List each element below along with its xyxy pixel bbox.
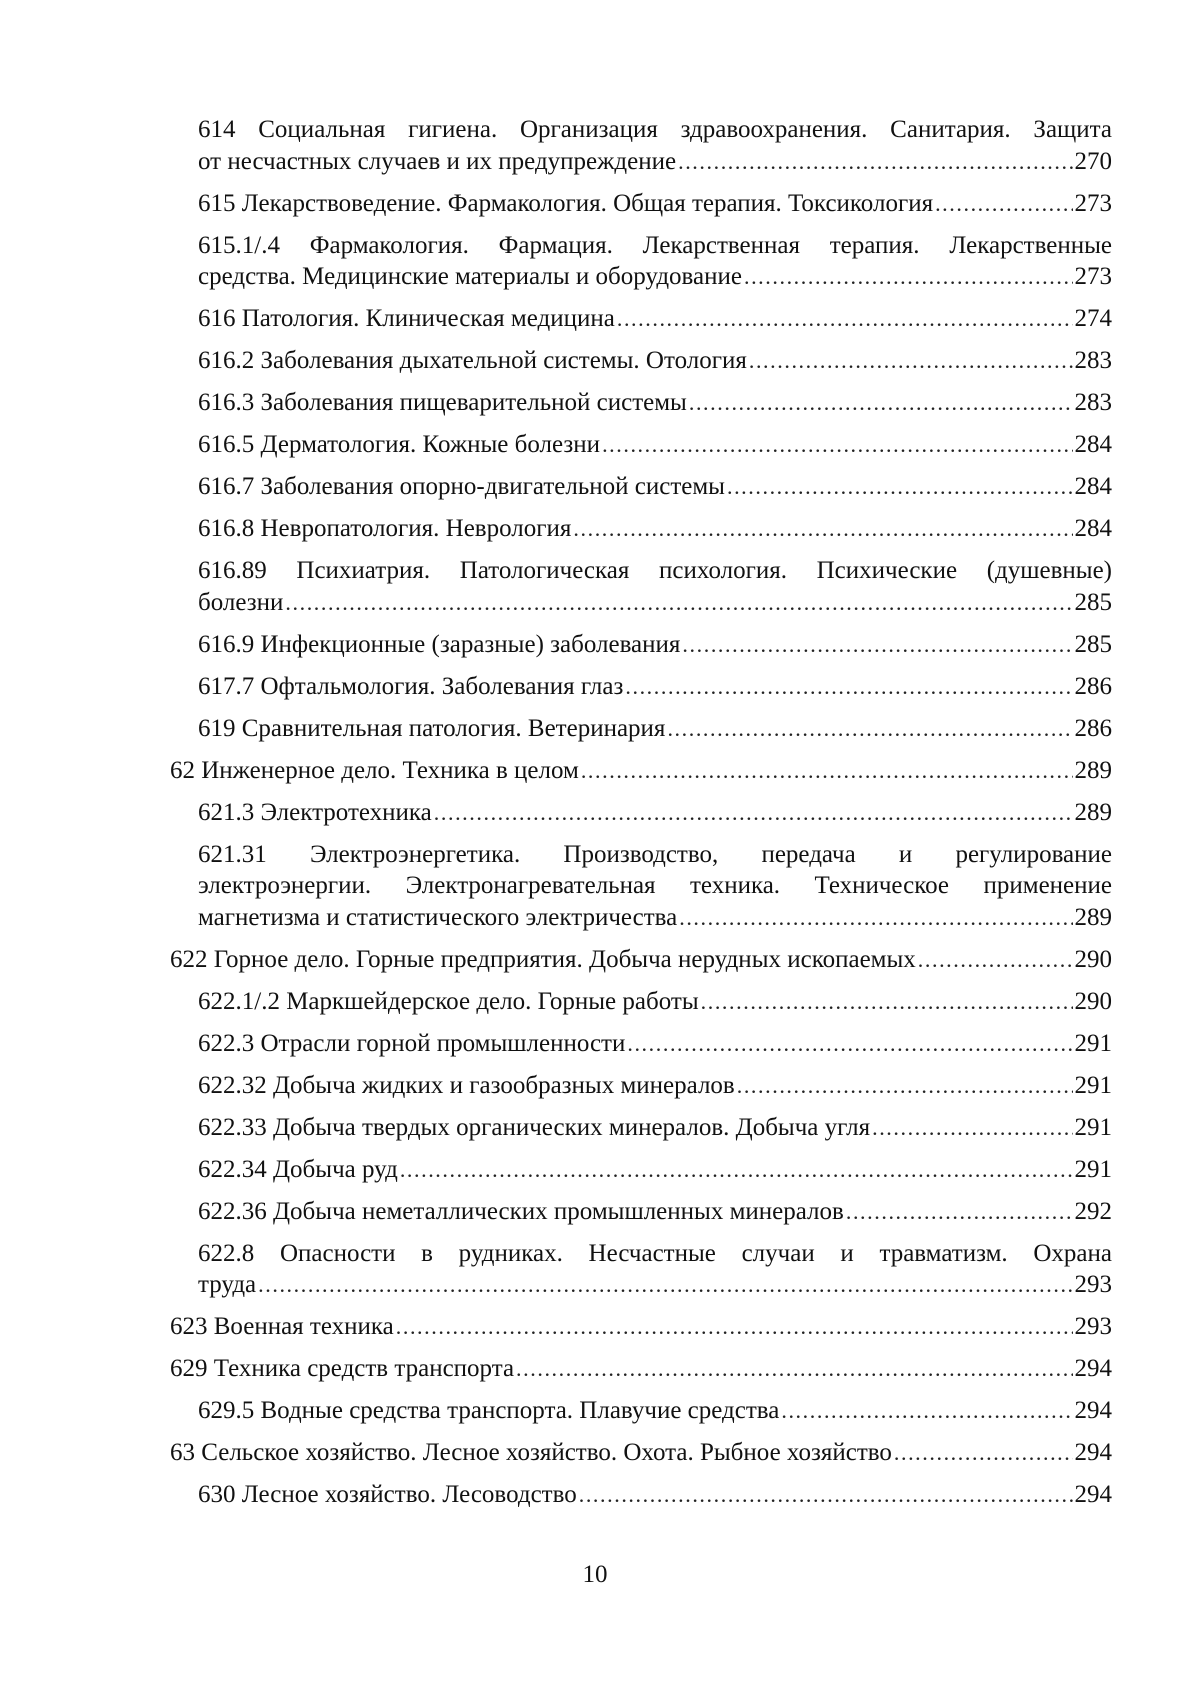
toc-entry-page: 284 (1075, 429, 1113, 461)
dot-leader (749, 345, 1073, 377)
toc-entry[interactable]: 622.33 Добыча твердых органических минер… (170, 1112, 1112, 1144)
toc-entry-title: 621.3 Электротехника (198, 797, 432, 829)
toc-entry-title-line: 621.31 Электроэнергетика. Производство, … (198, 839, 1112, 871)
dot-leader (516, 1353, 1072, 1385)
dot-leader (701, 986, 1073, 1018)
toc-entry-page: 274 (1075, 303, 1113, 335)
dot-leader (667, 713, 1072, 745)
toc-entry-page: 291 (1075, 1070, 1113, 1102)
toc-entry[interactable]: 616.3 Заболевания пищеварительной систем… (170, 387, 1112, 419)
toc-entry-title-line: 616.89 Психиатрия. Патологическая психол… (198, 555, 1112, 587)
toc-entry-title: средства. Медицинские материалы и оборуд… (198, 261, 742, 293)
toc-entry[interactable]: 615.1/.4 Фармакология. Фармация. Лекарст… (170, 230, 1112, 293)
toc-entry-title: 62 Инженерное дело. Техника в целом (170, 755, 579, 787)
dot-leader (602, 429, 1072, 461)
toc-entry-page: 293 (1075, 1311, 1113, 1343)
toc-entry-page: 284 (1075, 513, 1113, 545)
toc-entry-title: 622.34 Добыча руд (198, 1154, 398, 1186)
toc-entry-page: 273 (1075, 188, 1113, 220)
toc-entry[interactable]: 622.1/.2 Маркшейдерское дело. Горные раб… (170, 986, 1112, 1018)
toc-entry[interactable]: 616.89 Психиатрия. Патологическая психол… (170, 555, 1112, 618)
toc-entry-page: 294 (1075, 1437, 1113, 1469)
dot-leader (581, 755, 1073, 787)
toc-entry[interactable]: 629 Техника средств транспорта294 (170, 1353, 1112, 1385)
toc-entry-title: 629 Техника средств транспорта (170, 1353, 514, 1385)
dot-leader (625, 671, 1072, 703)
dot-leader (846, 1196, 1073, 1228)
toc-entry-page: 289 (1075, 797, 1113, 829)
toc-entry-page: 294 (1075, 1479, 1113, 1511)
toc-entry-title: болезни (198, 587, 283, 619)
toc-entry[interactable]: 615 Лекарствоведение. Фармакология. Обща… (170, 188, 1112, 220)
toc-entry[interactable]: 622.36 Добыча неметаллических промышленн… (170, 1196, 1112, 1228)
toc-entry-title: 616 Патология. Клиническая медицина (198, 303, 615, 335)
toc-entry-title-line: 615.1/.4 Фармакология. Фармация. Лекарст… (198, 230, 1112, 262)
toc-entry-page: 292 (1075, 1196, 1113, 1228)
toc-entry[interactable]: 622 Горное дело. Горные предприятия. Доб… (170, 944, 1112, 976)
toc-entry-title: 617.7 Офтальмология. Заболевания глаз (198, 671, 623, 703)
toc-entry-title-line: электроэнергии. Электронагревательная те… (198, 870, 1112, 902)
toc-entry-page: 291 (1075, 1028, 1113, 1060)
toc-entry-title: 622 Горное дело. Горные предприятия. Доб… (170, 944, 916, 976)
toc-entry-title: 630 Лесное хозяйство. Лесоводство (198, 1479, 577, 1511)
dot-leader (617, 303, 1073, 335)
toc-entry-title: 622.33 Добыча твердых органических минер… (198, 1112, 870, 1144)
page-number: 10 (0, 1560, 1190, 1590)
document-page: 614 Социальная гигиена. Организация здра… (0, 0, 1190, 1684)
dot-leader (258, 1269, 1072, 1301)
dot-leader (396, 1311, 1073, 1343)
toc-entry-page: 273 (1075, 261, 1113, 293)
toc-entry-page: 290 (1075, 944, 1113, 976)
toc-entry-title: 622.1/.2 Маркшейдерское дело. Горные раб… (198, 986, 699, 1018)
dot-leader (679, 902, 1072, 934)
toc-entry-title: труда (198, 1269, 256, 1301)
toc-entry[interactable]: 62 Инженерное дело. Техника в целом289 (170, 755, 1112, 787)
toc-entry-page: 285 (1075, 629, 1113, 661)
toc-entry[interactable]: 617.7 Офтальмология. Заболевания глаз286 (170, 671, 1112, 703)
toc-entry-page: 284 (1075, 471, 1113, 503)
toc-entry-title: 616.2 Заболевания дыхательной системы. О… (198, 345, 747, 377)
toc-entry-page: 291 (1075, 1112, 1113, 1144)
dot-leader (682, 629, 1072, 661)
toc-entry-page: 290 (1075, 986, 1113, 1018)
toc-entry[interactable]: 623 Военная техника293 (170, 1311, 1112, 1343)
dot-leader (737, 1070, 1073, 1102)
toc-entry[interactable]: 629.5 Водные средства транспорта. Плавуч… (170, 1395, 1112, 1427)
toc-entry[interactable]: 621.31 Электроэнергетика. Производство, … (170, 839, 1112, 934)
toc-entry-page: 293 (1075, 1269, 1113, 1301)
toc-entry-page: 283 (1075, 387, 1113, 419)
toc-entry-page: 294 (1075, 1395, 1113, 1427)
toc-entry[interactable]: 614 Социальная гигиена. Организация здра… (170, 114, 1112, 177)
toc-entry[interactable]: 616.9 Инфекционные (заразные) заболевани… (170, 629, 1112, 661)
dot-leader (285, 587, 1072, 619)
toc-entry[interactable]: 630 Лесное хозяйство. Лесоводство294 (170, 1479, 1112, 1511)
toc-entry-title: 616.3 Заболевания пищеварительной систем… (198, 387, 687, 419)
toc-entry-title: 63 Сельское хозяйство. Лесное хозяйство.… (170, 1437, 892, 1469)
toc-entry-page: 283 (1075, 345, 1113, 377)
toc-entry-page: 285 (1075, 587, 1113, 619)
dot-leader (781, 1395, 1072, 1427)
toc-entry[interactable]: 616.2 Заболевания дыхательной системы. О… (170, 345, 1112, 377)
toc-entry-title: 619 Сравнительная патология. Ветеринария (198, 713, 665, 745)
dot-leader (400, 1154, 1073, 1186)
toc-entry[interactable]: 619 Сравнительная патология. Ветеринария… (170, 713, 1112, 745)
toc-entry-title: 623 Военная техника (170, 1311, 394, 1343)
toc-entry[interactable]: 616 Патология. Клиническая медицина274 (170, 303, 1112, 335)
toc-entry[interactable]: 622.8 Опасности в рудниках. Несчастные с… (170, 1238, 1112, 1301)
dot-leader (727, 471, 1073, 503)
toc-entry[interactable]: 621.3 Электротехника289 (170, 797, 1112, 829)
dot-leader (579, 1479, 1073, 1511)
toc-entry-title: 615 Лекарствоведение. Фармакология. Обща… (198, 188, 933, 220)
toc-entry-title: 616.8 Невропатология. Неврология (198, 513, 571, 545)
toc-entry-page: 286 (1075, 671, 1113, 703)
toc-entry-page: 289 (1075, 755, 1113, 787)
toc-entry[interactable]: 63 Сельское хозяйство. Лесное хозяйство.… (170, 1437, 1112, 1469)
toc-entry[interactable]: 622.34 Добыча руд291 (170, 1154, 1112, 1186)
table-of-contents: 614 Социальная гигиена. Организация здра… (170, 114, 1112, 1521)
dot-leader (935, 188, 1072, 220)
toc-entry[interactable]: 622.3 Отрасли горной промышленности291 (170, 1028, 1112, 1060)
dot-leader (744, 261, 1073, 293)
toc-entry[interactable]: 622.32 Добыча жидких и газообразных мине… (170, 1070, 1112, 1102)
dot-leader (872, 1112, 1072, 1144)
dot-leader (627, 1028, 1072, 1060)
toc-entry-title: 622.36 Добыча неметаллических промышленн… (198, 1196, 844, 1228)
toc-entry-page: 294 (1075, 1353, 1113, 1385)
toc-entry-title: от несчастных случаев и их предупреждени… (198, 146, 676, 178)
toc-entry-page: 289 (1075, 902, 1113, 934)
dot-leader (434, 797, 1073, 829)
toc-entry[interactable]: 616.5 Дерматология. Кожные болезни284 (170, 429, 1112, 461)
dot-leader (573, 513, 1072, 545)
toc-entry-page: 286 (1075, 713, 1113, 745)
toc-entry-title: магнетизма и статистического электричест… (198, 902, 677, 934)
toc-entry-title: 629.5 Водные средства транспорта. Плавуч… (198, 1395, 779, 1427)
toc-entry-title: 616.7 Заболевания опорно-двигательной си… (198, 471, 725, 503)
toc-entry-title-line: 614 Социальная гигиена. Организация здра… (198, 114, 1112, 146)
dot-leader (918, 944, 1073, 976)
toc-entry-title-line: 622.8 Опасности в рудниках. Несчастные с… (198, 1238, 1112, 1270)
toc-entry-page: 270 (1075, 146, 1113, 178)
toc-entry[interactable]: 616.8 Невропатология. Неврология284 (170, 513, 1112, 545)
toc-entry-title: 616.9 Инфекционные (заразные) заболевани… (198, 629, 680, 661)
toc-entry-title: 616.5 Дерматология. Кожные болезни (198, 429, 600, 461)
toc-entry-title: 622.32 Добыча жидких и газообразных мине… (198, 1070, 735, 1102)
dot-leader (678, 146, 1072, 178)
dot-leader (689, 387, 1073, 419)
toc-entry-page: 291 (1075, 1154, 1113, 1186)
dot-leader (894, 1437, 1073, 1469)
toc-entry[interactable]: 616.7 Заболевания опорно-двигательной си… (170, 471, 1112, 503)
toc-entry-title: 622.3 Отрасли горной промышленности (198, 1028, 625, 1060)
